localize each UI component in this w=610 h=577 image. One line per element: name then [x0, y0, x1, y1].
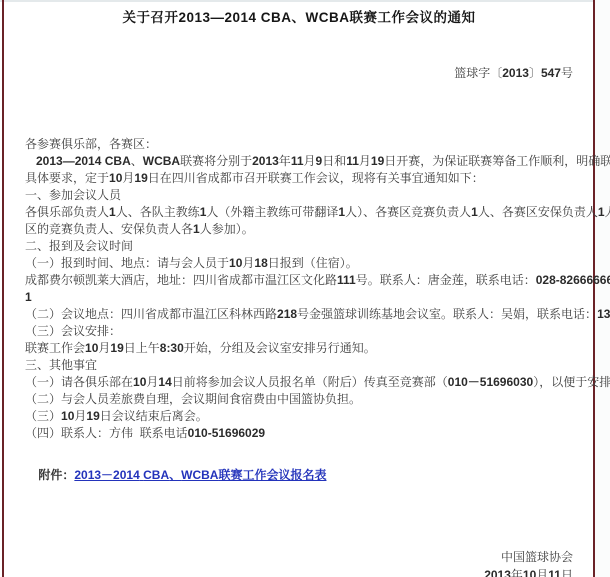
body-line: 一、参加会议人员: [25, 187, 590, 204]
body-line: 成都费尔顿凯莱大酒店，地址：四川省成都市温江区文化路111号。联系人：唐金莲，联…: [25, 272, 590, 289]
body-line: 各俱乐部负责人1人、各队主教练1人（外籍主教练可带翻译1人）、各赛区竞赛负责人1…: [25, 204, 590, 221]
body-line: 2013—2014 CBA、WCBA联赛将分别于2013年11月9日和11月19…: [25, 153, 590, 170]
body-line: （一）请各俱乐部在10月14日前将参加会议人员报名单（附后）传真至竞赛部（010…: [25, 374, 590, 391]
document-page: 关于召开2013—2014 CBA、WCBA联赛工作会议的通知 篮球字〔2013…: [0, 0, 610, 577]
attachment-link[interactable]: 2013－2014 CBA、WCBA联赛工作会议报名表: [74, 468, 326, 482]
document-body: 各参赛俱乐部，各赛区：2013—2014 CBA、WCBA联赛将分别于2013年…: [25, 136, 590, 442]
page-border-left: [2, 0, 4, 577]
attachment-label: 附件：: [38, 468, 74, 482]
body-line: 二、报到及会议时间: [25, 238, 590, 255]
document-title: 关于召开2013—2014 CBA、WCBA联赛工作会议的通知: [25, 6, 573, 26]
body-line: 1: [25, 289, 590, 306]
body-line: 三、其他事宜: [25, 357, 590, 374]
attachment-row: 附件：2013－2014 CBA、WCBA联赛工作会议报名表: [25, 452, 326, 497]
body-line: 具体要求，定于10月19日在四川省成都市召开联赛工作会议，现将有关事宜通知如下：: [25, 170, 590, 187]
body-line: （二）与会人员差旅费自理，会议期间食宿费由中国篮协负担。: [25, 391, 590, 408]
footer-organization: 中国篮球协会: [25, 548, 573, 565]
body-line: （四）联系人：方伟 联系电话010-51696029: [25, 425, 590, 442]
body-line: （三）10月19日会议结束后离会。: [25, 408, 590, 425]
body-line: 联赛工作会10月19日上午8:30开始，分组及会议室安排另行通知。: [25, 340, 590, 357]
document-number: 篮球字〔2013〕547号: [25, 64, 573, 81]
body-line: 区的竞赛负责人、安保负责人各1人参加）。: [25, 221, 590, 238]
body-line: （一）报到时间、地点：请与会人员于10月18日报到（住宿）。: [25, 255, 590, 272]
footer-date: 2013年10月11日: [25, 566, 573, 577]
body-line: 各参赛俱乐部，各赛区：: [25, 136, 590, 153]
page-border-top: [0, 0, 610, 2]
body-line: （二）会议地点：四川省成都市温江区科林西路218号金强篮球训练基地会议室。联系人…: [25, 306, 590, 323]
page-border-right: [593, 0, 595, 577]
page-margin-strip: [595, 0, 610, 577]
body-line: （三）会议安排：: [25, 323, 590, 340]
